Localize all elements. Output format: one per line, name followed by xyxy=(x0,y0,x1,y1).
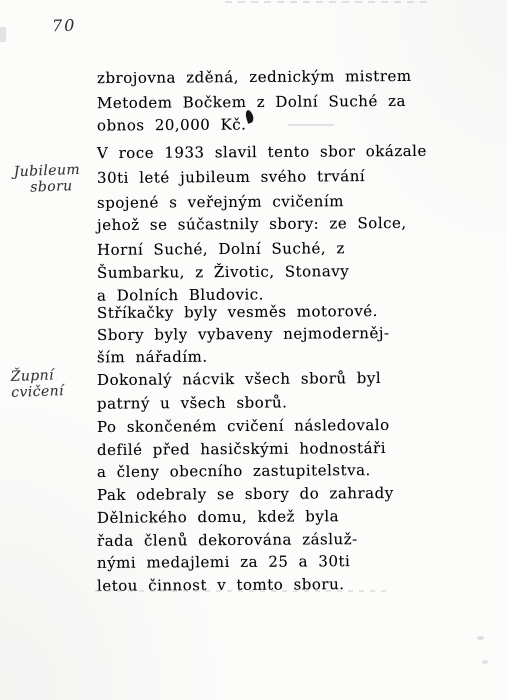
handwritten-line: Metodem Bočkem z Dolní Suché za xyxy=(97,90,406,114)
handwritten-line: patrný u všech sborů. xyxy=(97,391,288,414)
handwritten-line: letou činnost v tomto sboru. xyxy=(97,573,345,597)
handwritten-line: řada členů dekorována zásluž- xyxy=(97,528,358,552)
handwritten-line: Šumbarku, z Životic, Stonavy xyxy=(97,260,349,284)
handwritten-line: Sbory byly vybaveny nejmoderněj- xyxy=(97,322,390,346)
handwritten-line: Dělnického domu, kdež byla xyxy=(97,505,339,529)
handwritten-line: Stříkačky byly vesměs motorové. xyxy=(97,300,378,324)
handwritten-line: obnos 20,000 Kč. xyxy=(97,113,247,136)
manuscript-page: 70 Jubileum sboru Župní cvičení zbrojovn… xyxy=(0,0,507,700)
handwritten-line: jehož se súčastnily sbory: ze Solce, xyxy=(97,212,407,236)
handwritten-line: defilé před hasičskými hodnostáři xyxy=(97,437,386,461)
handwritten-line: Pak odebraly se sbory do zahrady xyxy=(97,482,394,506)
handwritten-line: Po skončeném cvičení následovalo xyxy=(97,414,390,438)
handwritten-line: spojené s veřejným cvičením xyxy=(97,190,344,214)
handwritten-line: Horní Suché, Dolní Suché, z xyxy=(97,237,345,261)
handwritten-line: V roce 1933 slavil tento sbor okázale xyxy=(97,140,427,164)
handwritten-line: nými medajlemi za 25 a 30ti xyxy=(97,550,350,574)
handwritten-line: a členy obecního zastupitelstva. xyxy=(97,459,371,483)
handwritten-line: ším nářadím. xyxy=(97,346,208,369)
handwritten-line: Dokonalý nácvik všech sborů byl xyxy=(97,367,381,391)
handwritten-text-block: zbrojovna zděná, zednickým mistrem Metod… xyxy=(0,0,507,700)
handwritten-line: zbrojovna zděná, zednickým mistrem xyxy=(97,65,412,89)
handwritten-line: 30ti leté jubileum svého trvání xyxy=(97,165,365,189)
